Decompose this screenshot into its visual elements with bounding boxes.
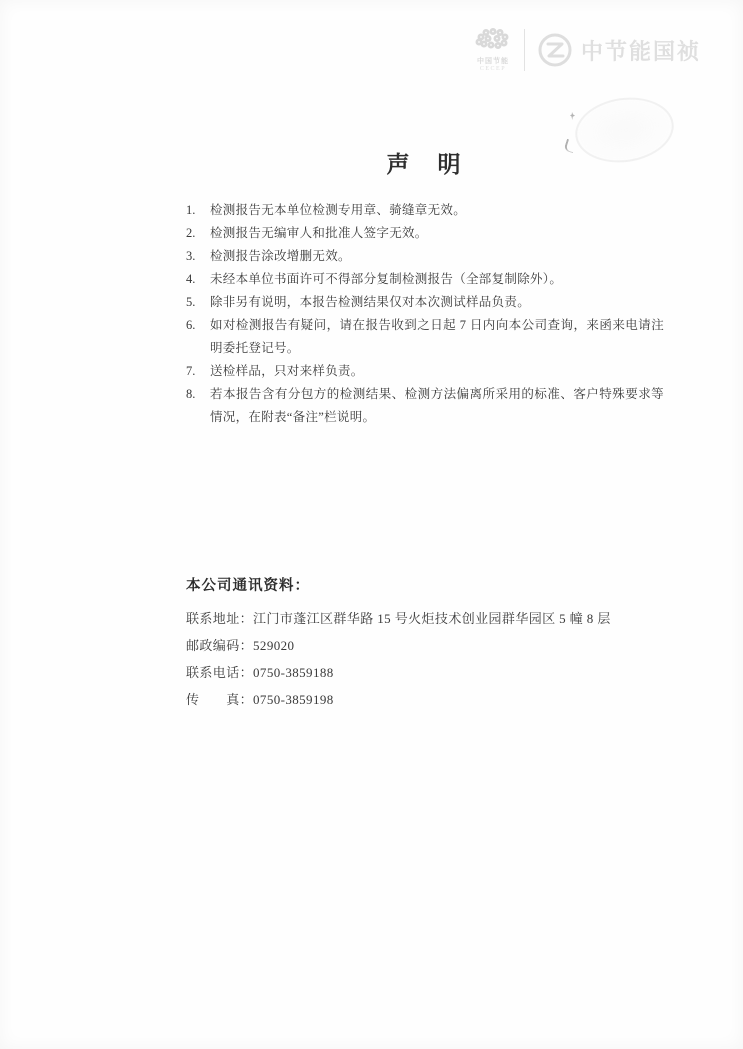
- notice-item-3: 3. 检测报告涂改增删无效。: [186, 245, 664, 268]
- contact-value: 0750-3859198: [253, 692, 334, 707]
- contact-block: 本公司通讯资料： 联系地址：江门市蓬江区群华路 15 号火炬技术创业园群华园区 …: [186, 574, 686, 713]
- cecep-dots-logo-icon: [474, 27, 512, 57]
- item-number: 7.: [186, 360, 210, 383]
- contact-line-postcode: 邮政编码：529020: [186, 632, 686, 659]
- item-number: 1.: [186, 199, 210, 222]
- contact-value: 江门市蓬江区群华路 15 号火炬技术创业园群华园区 5 幢 8 层: [253, 611, 611, 626]
- document-page: 中国节能 CECEP 中节能国祯 声 明 1. 检测报告无本单位检测专用章、骑缝…: [0, 0, 743, 1049]
- notice-item-2: 2. 检测报告无编审人和批准人签字无效。: [186, 222, 664, 245]
- notice-item-1: 1. 检测报告无本单位检测专用章、骑缝章无效。: [186, 199, 664, 222]
- item-text: 检测报告涂改增删无效。: [210, 245, 664, 268]
- notice-item-5: 5. 除非另有说明，本报告检测结果仅对本次测试样品负责。: [186, 291, 664, 314]
- contact-label: 传 真：: [186, 692, 253, 707]
- item-text: 若本报告含有分包方的检测结果、检测方法偏离所采用的标准、客户特殊要求等情况，在附…: [210, 383, 664, 429]
- page-title: 声 明: [186, 146, 662, 179]
- item-text: 如对检测报告有疑问，请在报告收到之日起 7 日内向本公司查询，来函来电请注明委托…: [210, 314, 664, 360]
- contact-label: 邮政编码：: [186, 638, 253, 653]
- notice-item-7: 7. 送检样品，只对来样负责。: [186, 360, 664, 383]
- contact-heading: 本公司通讯资料：: [186, 574, 686, 595]
- notice-item-6: 6. 如对检测报告有疑问，请在报告收到之日起 7 日内向本公司查询，来函来电请注…: [186, 314, 664, 360]
- header-logo-area: 中国节能 CECEP 中节能国祯: [474, 27, 701, 73]
- contact-line-phone: 联系电话：0750-3859188: [186, 659, 686, 686]
- item-number: 8.: [186, 383, 210, 429]
- logo-divider: [524, 29, 525, 71]
- ink-speck: [570, 112, 575, 120]
- contact-value: 529020: [253, 638, 294, 653]
- item-text: 未经本单位书面许可不得部分复制检测报告（全部复制除外）。: [210, 268, 664, 291]
- item-number: 4.: [186, 268, 210, 291]
- contact-label: 联系电话：: [186, 665, 253, 680]
- item-text: 检测报告无编审人和批准人签字无效。: [210, 222, 664, 245]
- z-swirl-logo-icon: [537, 32, 573, 68]
- item-number: 2.: [186, 222, 210, 245]
- item-text: 除非另有说明，本报告检测结果仅对本次测试样品负责。: [210, 291, 664, 314]
- cecep-name-cn: 中国节能: [477, 57, 509, 65]
- brand-text: 中节能国祯: [581, 35, 701, 66]
- notice-item-4: 4. 未经本单位书面许可不得部分复制检测报告（全部复制除外）。: [186, 268, 664, 291]
- contact-line-address: 联系地址：江门市蓬江区群华路 15 号火炬技术创业园群华园区 5 幢 8 层: [186, 605, 686, 632]
- contact-label: 联系地址：: [186, 611, 253, 626]
- item-text: 检测报告无本单位检测专用章、骑缝章无效。: [210, 199, 664, 222]
- item-number: 3.: [186, 245, 210, 268]
- cecep-emblem: 中国节能 CECEP: [474, 27, 512, 73]
- contact-line-fax: 传 真：0750-3859198: [186, 686, 686, 713]
- item-number: 5.: [186, 291, 210, 314]
- notice-item-8: 8. 若本报告含有分包方的检测结果、检测方法偏离所采用的标准、客户特殊要求等情况…: [186, 383, 664, 429]
- item-text: 送检样品，只对来样负责。: [210, 360, 664, 383]
- notice-list: 1. 检测报告无本单位检测专用章、骑缝章无效。 2. 检测报告无编审人和批准人签…: [186, 199, 664, 429]
- item-number: 6.: [186, 314, 210, 360]
- cecep-name-en: CECEP: [480, 65, 506, 73]
- contact-value: 0750-3859188: [253, 665, 334, 680]
